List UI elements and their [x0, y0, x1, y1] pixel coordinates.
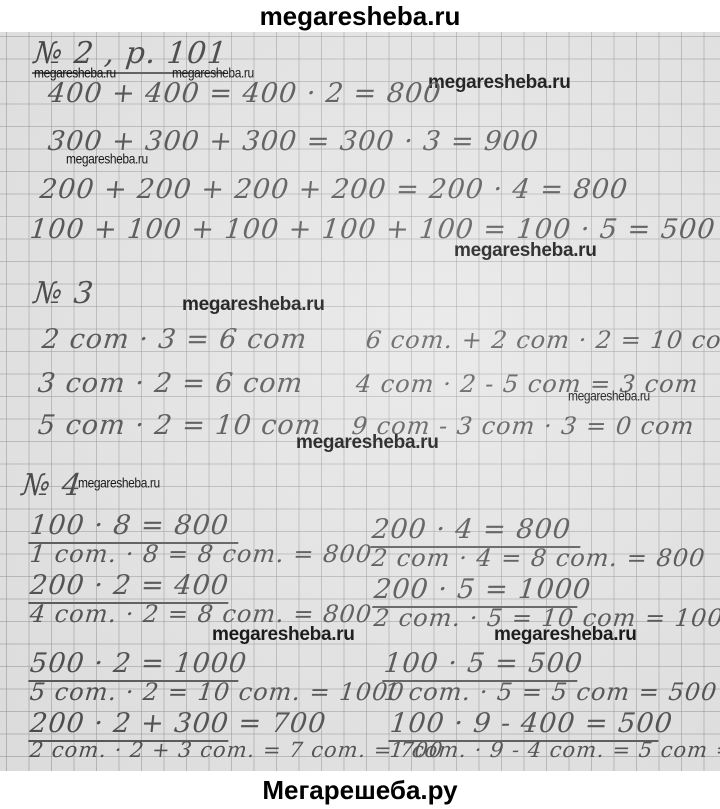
task4-item-bottom: 1 сот. · 5 = 5 сот = 500: [383, 678, 719, 706]
site-banner-bottom: Мегарешеба.ру: [0, 771, 720, 809]
task4-item-top: 100 · 8 = 800: [28, 510, 242, 544]
task3-left-line: 3 сот · 2 = 6 сот: [36, 368, 304, 399]
watermark: megaresheba.ru: [182, 294, 325, 316]
task4-item-top: 200 · 4 = 800: [370, 514, 584, 548]
watermark: megaresheba.ru: [454, 240, 597, 262]
watermark: megaresheba.ru: [296, 432, 439, 454]
task3-heading: № 3: [32, 276, 96, 311]
task4-item-bottom: 2 сот. · 2 + 3 сот. = 7 сот. = 700: [29, 738, 445, 762]
watermark: megaresheba.ru: [78, 475, 160, 491]
task4-item-top: 100 · 9 - 400 = 500: [388, 708, 662, 742]
watermark: megaresheba.ru: [428, 72, 571, 94]
watermark: megaresheba.ru: [568, 388, 650, 404]
task4-item-bottom: 1 сот. · 9 - 4 сот. = 5 сот = 500: [389, 738, 720, 762]
task4-heading: № 4: [20, 468, 84, 503]
task4-item-top: 200 · 2 + 300 = 700: [28, 708, 232, 742]
watermark: megaresheba.ru: [494, 624, 637, 646]
task4-item-top: 100 · 5 = 500: [382, 648, 581, 682]
task3-left-line: 2 сот · 3 = 6 сот: [40, 324, 308, 355]
watermark: megaresheba.ru: [212, 624, 355, 646]
notebook-page: № 2 , р. 101 megaresheba.ru megaresheba.…: [0, 32, 720, 771]
task2-line: 100 + 100 + 100 + 100 + 100 = 100 · 5 = …: [28, 214, 717, 245]
task4-item-bottom: 2 сот · 4 = 8 сот. = 800: [371, 544, 707, 572]
task3-left-line: 5 сот · 2 = 10 сот: [36, 410, 323, 441]
watermark: megaresheba.ru: [66, 151, 148, 167]
task2-line: 200 + 200 + 200 + 200 = 200 · 4 = 800: [38, 174, 629, 205]
task4-item-bottom: 5 сот. · 2 = 10 сот. = 1000: [29, 678, 407, 706]
task4-item-top: 500 · 2 = 1000: [28, 648, 242, 682]
task2-line: 400 + 400 = 400 · 2 = 800: [46, 78, 443, 109]
task4-item-bottom: 1 сот. · 8 = 8 сот. = 800: [29, 540, 374, 568]
task4-item-top: 200 · 5 = 1000: [372, 574, 581, 608]
task3-right-line: 6 сот. + 2 сот · 2 = 10 сот.: [365, 326, 720, 354]
site-banner-top: megaresheba.ru: [0, 0, 720, 32]
task4-item-top: 200 · 2 = 400: [28, 570, 232, 604]
